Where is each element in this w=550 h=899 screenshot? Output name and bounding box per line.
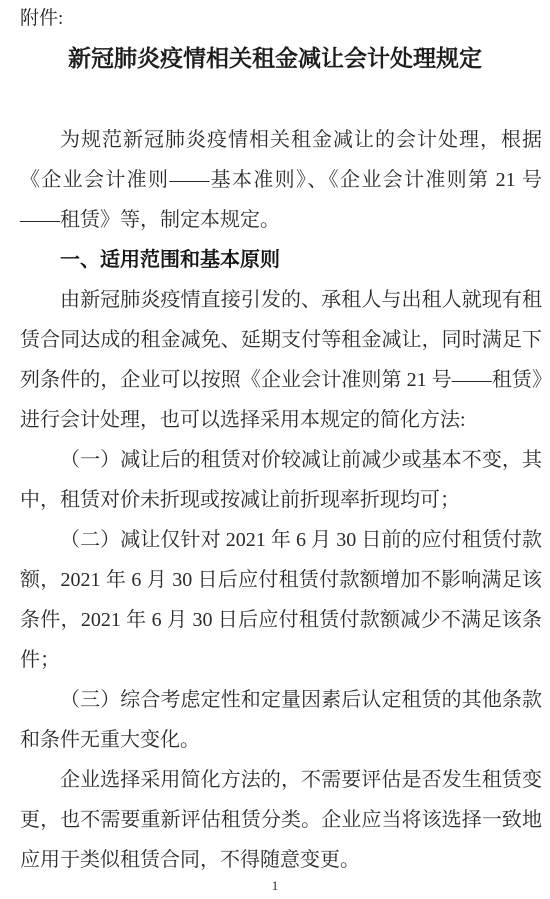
- paragraph-condition-2: （二）减让仅针对 2021 年 6 月 30 日前的应付租赁付款额，2021 年…: [20, 520, 542, 680]
- paragraph-intro: 为规范新冠肺炎疫情相关租金减让的会计处理，根据《企业会计准则——基本准则》、《企…: [20, 120, 542, 240]
- page-number: 1: [0, 879, 550, 893]
- paragraph-condition-1: （一）减让后的租赁对价较减让前减少或基本不变，其中，租赁对价未折现或按减让前折现…: [20, 440, 542, 520]
- section-heading-scope-principles: 一、适用范围和基本原则: [20, 240, 542, 280]
- paragraph-condition-3: （三）综合考虑定性和定量因素后认定租赁的其他条款和条件无重大变化。: [20, 680, 542, 760]
- paragraph-simplified-method-choice: 企业选择采用简化方法的，不需要评估是否发生租赁变更，也不需要重新评估租赁分类。企…: [20, 760, 542, 880]
- document-body: 为规范新冠肺炎疫情相关租金减让的会计处理，根据《企业会计准则——基本准则》、《企…: [0, 120, 550, 880]
- document-page: 附件: 新冠肺炎疫情相关租金减让会计处理规定 为规范新冠肺炎疫情相关租金减让的会…: [0, 0, 550, 899]
- document-title: 新冠肺炎疫情相关租金减让会计处理规定: [0, 44, 550, 74]
- paragraph-conditions-lead: 由新冠肺炎疫情直接引发的、承租人与出租人就现有租赁合同达成的租金减免、延期支付等…: [20, 280, 542, 440]
- attachment-label: 附件:: [0, 0, 550, 32]
